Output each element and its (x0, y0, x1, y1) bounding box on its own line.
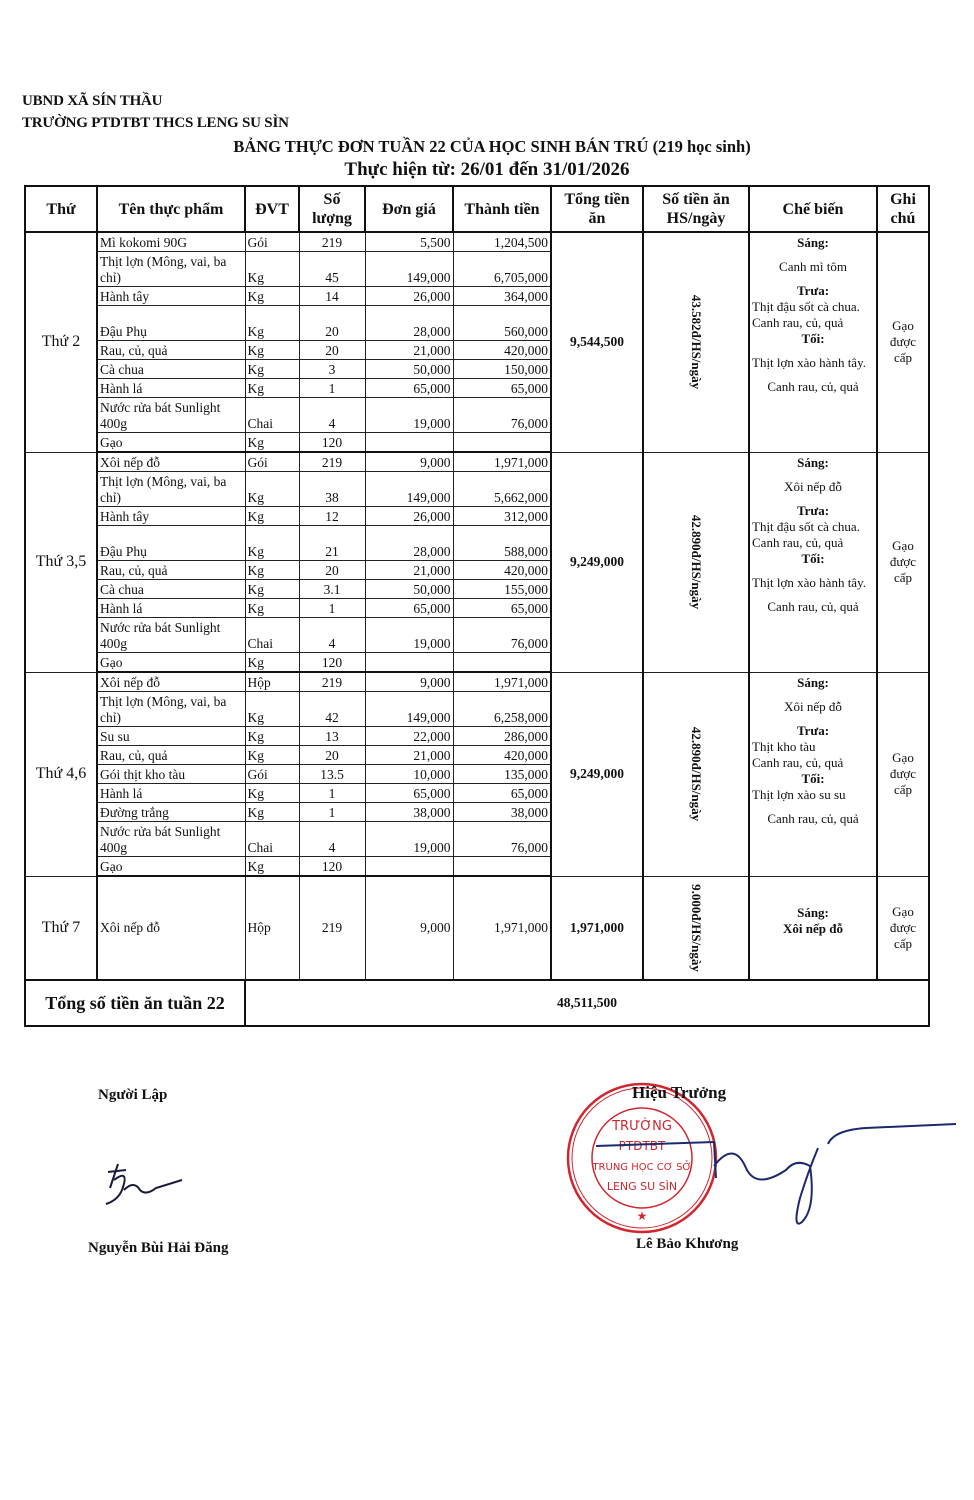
item-unit: Kg (245, 252, 299, 287)
dinner-dish: Thịt lợn xào hành tây. (752, 355, 874, 371)
item-price: 65,000 (365, 784, 453, 803)
item-qty: 13 (299, 727, 365, 746)
day-cell: Thứ 4,6 (25, 672, 97, 876)
item-unit: Kg (245, 306, 299, 341)
item-name: Nước rửa bát Sunlight 400g (97, 398, 245, 433)
item-name: Xôi nếp đỗ (97, 452, 245, 472)
item-qty: 1 (299, 599, 365, 618)
day-total: 1,971,000 (551, 876, 643, 980)
item-amount (453, 857, 551, 877)
item-price: 26,000 (365, 287, 453, 306)
item-price (365, 653, 453, 673)
item-price: 149,000 (365, 252, 453, 287)
note-cell: Gạo được cấp (877, 672, 929, 876)
item-amount (453, 653, 551, 673)
lunch-soup: Canh rau, củ, quả (752, 315, 874, 331)
grand-total-value: 48,511,500 (245, 980, 929, 1026)
item-qty: 120 (299, 857, 365, 877)
principal-title: Hiệu Trưởng (632, 1083, 726, 1103)
item-qty: 219 (299, 672, 365, 692)
item-unit: Gói (245, 452, 299, 472)
item-name: Mì kokomi 90G (97, 232, 245, 252)
dinner-label: Tối: (752, 331, 874, 347)
cooking-cell: Sáng:Xôi nếp đỗTrưa:Thịt kho tàuCanh rau… (749, 672, 877, 876)
item-unit: Kg (245, 727, 299, 746)
item-qty: 4 (299, 398, 365, 433)
day-cell: Thứ 3,5 (25, 452, 97, 672)
per-student-rate: 43.582đ/HS/ngày (643, 232, 749, 452)
item-price: 50,000 (365, 360, 453, 379)
item-unit: Chai (245, 398, 299, 433)
item-amount: 286,000 (453, 727, 551, 746)
table-row: Thứ 4,6Xôi nếp đỗHộp2199,0001,971,0009,2… (25, 672, 929, 692)
item-amount: 1,971,000 (453, 452, 551, 472)
item-qty: 38 (299, 472, 365, 507)
item-price (365, 857, 453, 877)
col-header: Thứ (25, 186, 97, 232)
breakfast-dish: Xôi nếp đỗ (752, 699, 874, 715)
item-qty: 42 (299, 692, 365, 727)
item-name: Nước rửa bát Sunlight 400g (97, 822, 245, 857)
item-qty: 120 (299, 653, 365, 673)
item-name: Hành tây (97, 507, 245, 526)
item-price: 28,000 (365, 306, 453, 341)
item-unit: Kg (245, 857, 299, 877)
item-amount: 135,000 (453, 765, 551, 784)
item-name: Hành lá (97, 784, 245, 803)
item-qty: 20 (299, 746, 365, 765)
col-header: Ghi chú (877, 186, 929, 232)
maker-signature-icon (100, 1160, 190, 1210)
maker-name: Nguyễn Bùi Hải Đăng (88, 1240, 228, 1257)
lunch-dish: Thịt đậu sốt cà chua. (752, 519, 874, 535)
item-amount: 560,000 (453, 306, 551, 341)
item-unit: Chai (245, 822, 299, 857)
item-amount: 588,000 (453, 526, 551, 561)
item-name: Thịt lợn (Mông, vai, ba chỉ) (97, 252, 245, 287)
col-header: Số lượng (299, 186, 365, 232)
dinner-soup: Canh rau, củ, quả (752, 811, 874, 827)
item-price: 28,000 (365, 526, 453, 561)
item-price: 22,000 (365, 727, 453, 746)
item-price: 5,500 (365, 232, 453, 252)
item-unit: Gói (245, 232, 299, 252)
item-amount: 420,000 (453, 561, 551, 580)
dinner-soup: Canh rau, củ, quả (752, 599, 874, 615)
item-name: Đậu Phụ (97, 306, 245, 341)
lunch-dish: Thịt kho tàu (752, 739, 874, 755)
item-name: Thịt lợn (Mông, vai, ba chỉ) (97, 472, 245, 507)
item-price: 9,000 (365, 452, 453, 472)
item-price: 19,000 (365, 822, 453, 857)
day-total: 9,249,000 (551, 452, 643, 672)
item-unit: Kg (245, 803, 299, 822)
item-qty: 1 (299, 379, 365, 398)
day-total: 9,249,000 (551, 672, 643, 876)
item-qty: 219 (299, 876, 365, 980)
item-price: 21,000 (365, 561, 453, 580)
item-price: 19,000 (365, 398, 453, 433)
document-period: Thực hiện từ: 26/01 đến 31/01/2026 (0, 159, 974, 181)
item-name: Xôi nếp đỗ (97, 672, 245, 692)
item-unit: Kg (245, 526, 299, 561)
item-amount: 76,000 (453, 618, 551, 653)
item-name: Gạo (97, 653, 245, 673)
lunch-soup: Canh rau, củ, quả (752, 535, 874, 551)
item-qty: 20 (299, 561, 365, 580)
item-unit: Kg (245, 599, 299, 618)
note-cell: Gạo được cấp (877, 452, 929, 672)
item-amount: 155,000 (453, 580, 551, 599)
lunch-label: Trưa: (752, 723, 874, 739)
item-unit: Kg (245, 653, 299, 673)
item-unit: Kg (245, 507, 299, 526)
item-unit: Kg (245, 784, 299, 803)
col-header: Đơn giá (365, 186, 453, 232)
item-amount: 364,000 (453, 287, 551, 306)
breakfast-dish: Xôi nếp đỗ (752, 479, 874, 495)
item-qty: 14 (299, 287, 365, 306)
lunch-soup: Canh rau, củ, quả (752, 755, 874, 771)
item-price: 21,000 (365, 341, 453, 360)
item-qty: 4 (299, 618, 365, 653)
item-name: Nước rửa bát Sunlight 400g (97, 618, 245, 653)
item-amount: 1,971,000 (453, 672, 551, 692)
item-price: 65,000 (365, 599, 453, 618)
grand-total-label: Tổng số tiền ăn tuần 22 (25, 980, 245, 1026)
item-unit: Kg (245, 360, 299, 379)
note-cell: Gạo được cấp (877, 876, 929, 980)
item-unit: Hộp (245, 672, 299, 692)
item-amount: 38,000 (453, 803, 551, 822)
day-cell: Thứ 2 (25, 232, 97, 452)
col-header: Tên thực phẩm (97, 186, 245, 232)
item-unit: Chai (245, 618, 299, 653)
per-student-rate: 42.890đ/HS/ngày (643, 452, 749, 672)
item-name: Rau, củ, quả (97, 746, 245, 765)
per-student-rate: 42.890đ/HS/ngày (643, 672, 749, 876)
item-name: Xôi nếp đỗ (97, 876, 245, 980)
item-amount: 5,662,000 (453, 472, 551, 507)
col-header: Thành tiền (453, 186, 551, 232)
item-amount: 6,705,000 (453, 252, 551, 287)
cooking-cell: Sáng:Xôi nếp đỗ (749, 876, 877, 980)
item-qty: 12 (299, 507, 365, 526)
cooking-cell: Sáng:Canh mì tômTrưa:Thịt đậu sốt cà chu… (749, 232, 877, 452)
dinner-label: Tối: (752, 771, 874, 787)
item-amount: 420,000 (453, 341, 551, 360)
breakfast-dish: Xôi nếp đỗ (752, 921, 874, 937)
dinner-label: Tối: (752, 551, 874, 567)
item-name: Hành lá (97, 599, 245, 618)
item-qty: 20 (299, 306, 365, 341)
lunch-dish: Thịt đậu sốt cà chua. (752, 299, 874, 315)
item-name: Su su (97, 727, 245, 746)
principal-name: Lê Bảo Khương (636, 1236, 738, 1253)
item-name: Rau, củ, quả (97, 341, 245, 360)
item-amount: 312,000 (453, 507, 551, 526)
authority-name: UBND XÃ SÍN THẦU (22, 93, 162, 110)
day-total: 9,544,500 (551, 232, 643, 452)
dinner-dish: Thịt lợn xào hành tây. (752, 575, 874, 591)
item-unit: Kg (245, 472, 299, 507)
dinner-soup: Canh rau, củ, quả (752, 379, 874, 395)
grand-total-row: Tổng số tiền ăn tuần 2248,511,500 (25, 980, 929, 1026)
item-amount: 1,204,500 (453, 232, 551, 252)
item-amount: 1,971,000 (453, 876, 551, 980)
item-unit: Hộp (245, 876, 299, 980)
item-price: 38,000 (365, 803, 453, 822)
breakfast-label: Sáng: (752, 905, 874, 921)
item-name: Cà chua (97, 580, 245, 599)
item-qty: 13.5 (299, 765, 365, 784)
dinner-dish: Thịt lợn xào su su (752, 787, 874, 803)
item-unit: Gói (245, 765, 299, 784)
per-student-rate: 9.000đ/HS/ngày (643, 876, 749, 980)
item-price (365, 433, 453, 453)
table-header-row: Thứ Tên thực phẩm ĐVT Số lượng Đơn giá T… (25, 186, 929, 232)
col-header: ĐVT (245, 186, 299, 232)
item-qty: 20 (299, 341, 365, 360)
item-price: 10,000 (365, 765, 453, 784)
item-price: 149,000 (365, 472, 453, 507)
item-unit: Kg (245, 692, 299, 727)
item-unit: Kg (245, 580, 299, 599)
item-name: Hành tây (97, 287, 245, 306)
lunch-label: Trưa: (752, 283, 874, 299)
item-name: Cà chua (97, 360, 245, 379)
item-price: 19,000 (365, 618, 453, 653)
col-header: Số tiền ăn HS/ngày (643, 186, 749, 232)
item-name: Đường trắng (97, 803, 245, 822)
cooking-cell: Sáng:Xôi nếp đỗTrưa:Thịt đậu sốt cà chua… (749, 452, 877, 672)
lunch-label: Trưa: (752, 503, 874, 519)
item-qty: 219 (299, 232, 365, 252)
item-price: 21,000 (365, 746, 453, 765)
document-title: BẢNG THỰC ĐƠN TUẦN 22 CỦA HỌC SINH BÁN T… (0, 137, 974, 157)
table-row: Thứ 3,5Xôi nếp đỗGói2199,0001,971,0009,2… (25, 452, 929, 472)
item-qty: 1 (299, 784, 365, 803)
item-qty: 1 (299, 803, 365, 822)
item-name: Đậu Phụ (97, 526, 245, 561)
item-amount: 65,000 (453, 784, 551, 803)
table-row: Thứ 7Xôi nếp đỗHộp2199,0001,971,0001,971… (25, 876, 929, 980)
item-unit: Kg (245, 561, 299, 580)
item-name: Thịt lợn (Mông, vai, ba chỉ) (97, 692, 245, 727)
item-qty: 21 (299, 526, 365, 561)
item-name: Gạo (97, 433, 245, 453)
item-amount: 6,258,000 (453, 692, 551, 727)
item-unit: Kg (245, 379, 299, 398)
item-qty: 219 (299, 452, 365, 472)
col-header: Chế biến (749, 186, 877, 232)
item-price: 26,000 (365, 507, 453, 526)
school-name: TRƯỜNG PTDTBT THCS LENG SU SÌN (22, 115, 289, 132)
item-name: Gạo (97, 857, 245, 877)
item-unit: Kg (245, 433, 299, 453)
table-row: Thứ 2Mì kokomi 90GGói2195,5001,204,5009,… (25, 232, 929, 252)
breakfast-dish: Canh mì tôm (752, 259, 874, 275)
item-unit: Kg (245, 746, 299, 765)
item-amount: 65,000 (453, 599, 551, 618)
item-amount (453, 433, 551, 453)
item-qty: 3 (299, 360, 365, 379)
breakfast-label: Sáng: (752, 455, 874, 471)
menu-table: Thứ Tên thực phẩm ĐVT Số lượng Đơn giá T… (24, 185, 930, 1027)
item-qty: 45 (299, 252, 365, 287)
item-price: 149,000 (365, 692, 453, 727)
item-name: Rau, củ, quả (97, 561, 245, 580)
item-unit: Kg (245, 341, 299, 360)
item-price: 9,000 (365, 876, 453, 980)
item-name: Hành lá (97, 379, 245, 398)
item-amount: 420,000 (453, 746, 551, 765)
item-unit: Kg (245, 287, 299, 306)
item-amount: 65,000 (453, 379, 551, 398)
item-name: Gói thịt kho tàu (97, 765, 245, 784)
item-amount: 76,000 (453, 398, 551, 433)
item-qty: 120 (299, 433, 365, 453)
item-amount: 76,000 (453, 822, 551, 857)
maker-title: Người Lập (98, 1087, 167, 1104)
principal-signature-icon (596, 1118, 956, 1238)
item-price: 50,000 (365, 580, 453, 599)
col-header: Tổng tiền ăn (551, 186, 643, 232)
day-cell: Thứ 7 (25, 876, 97, 980)
breakfast-label: Sáng: (752, 675, 874, 691)
item-amount: 150,000 (453, 360, 551, 379)
item-qty: 3.1 (299, 580, 365, 599)
item-price: 9,000 (365, 672, 453, 692)
breakfast-label: Sáng: (752, 235, 874, 251)
note-cell: Gạo được cấp (877, 232, 929, 452)
item-qty: 4 (299, 822, 365, 857)
item-price: 65,000 (365, 379, 453, 398)
